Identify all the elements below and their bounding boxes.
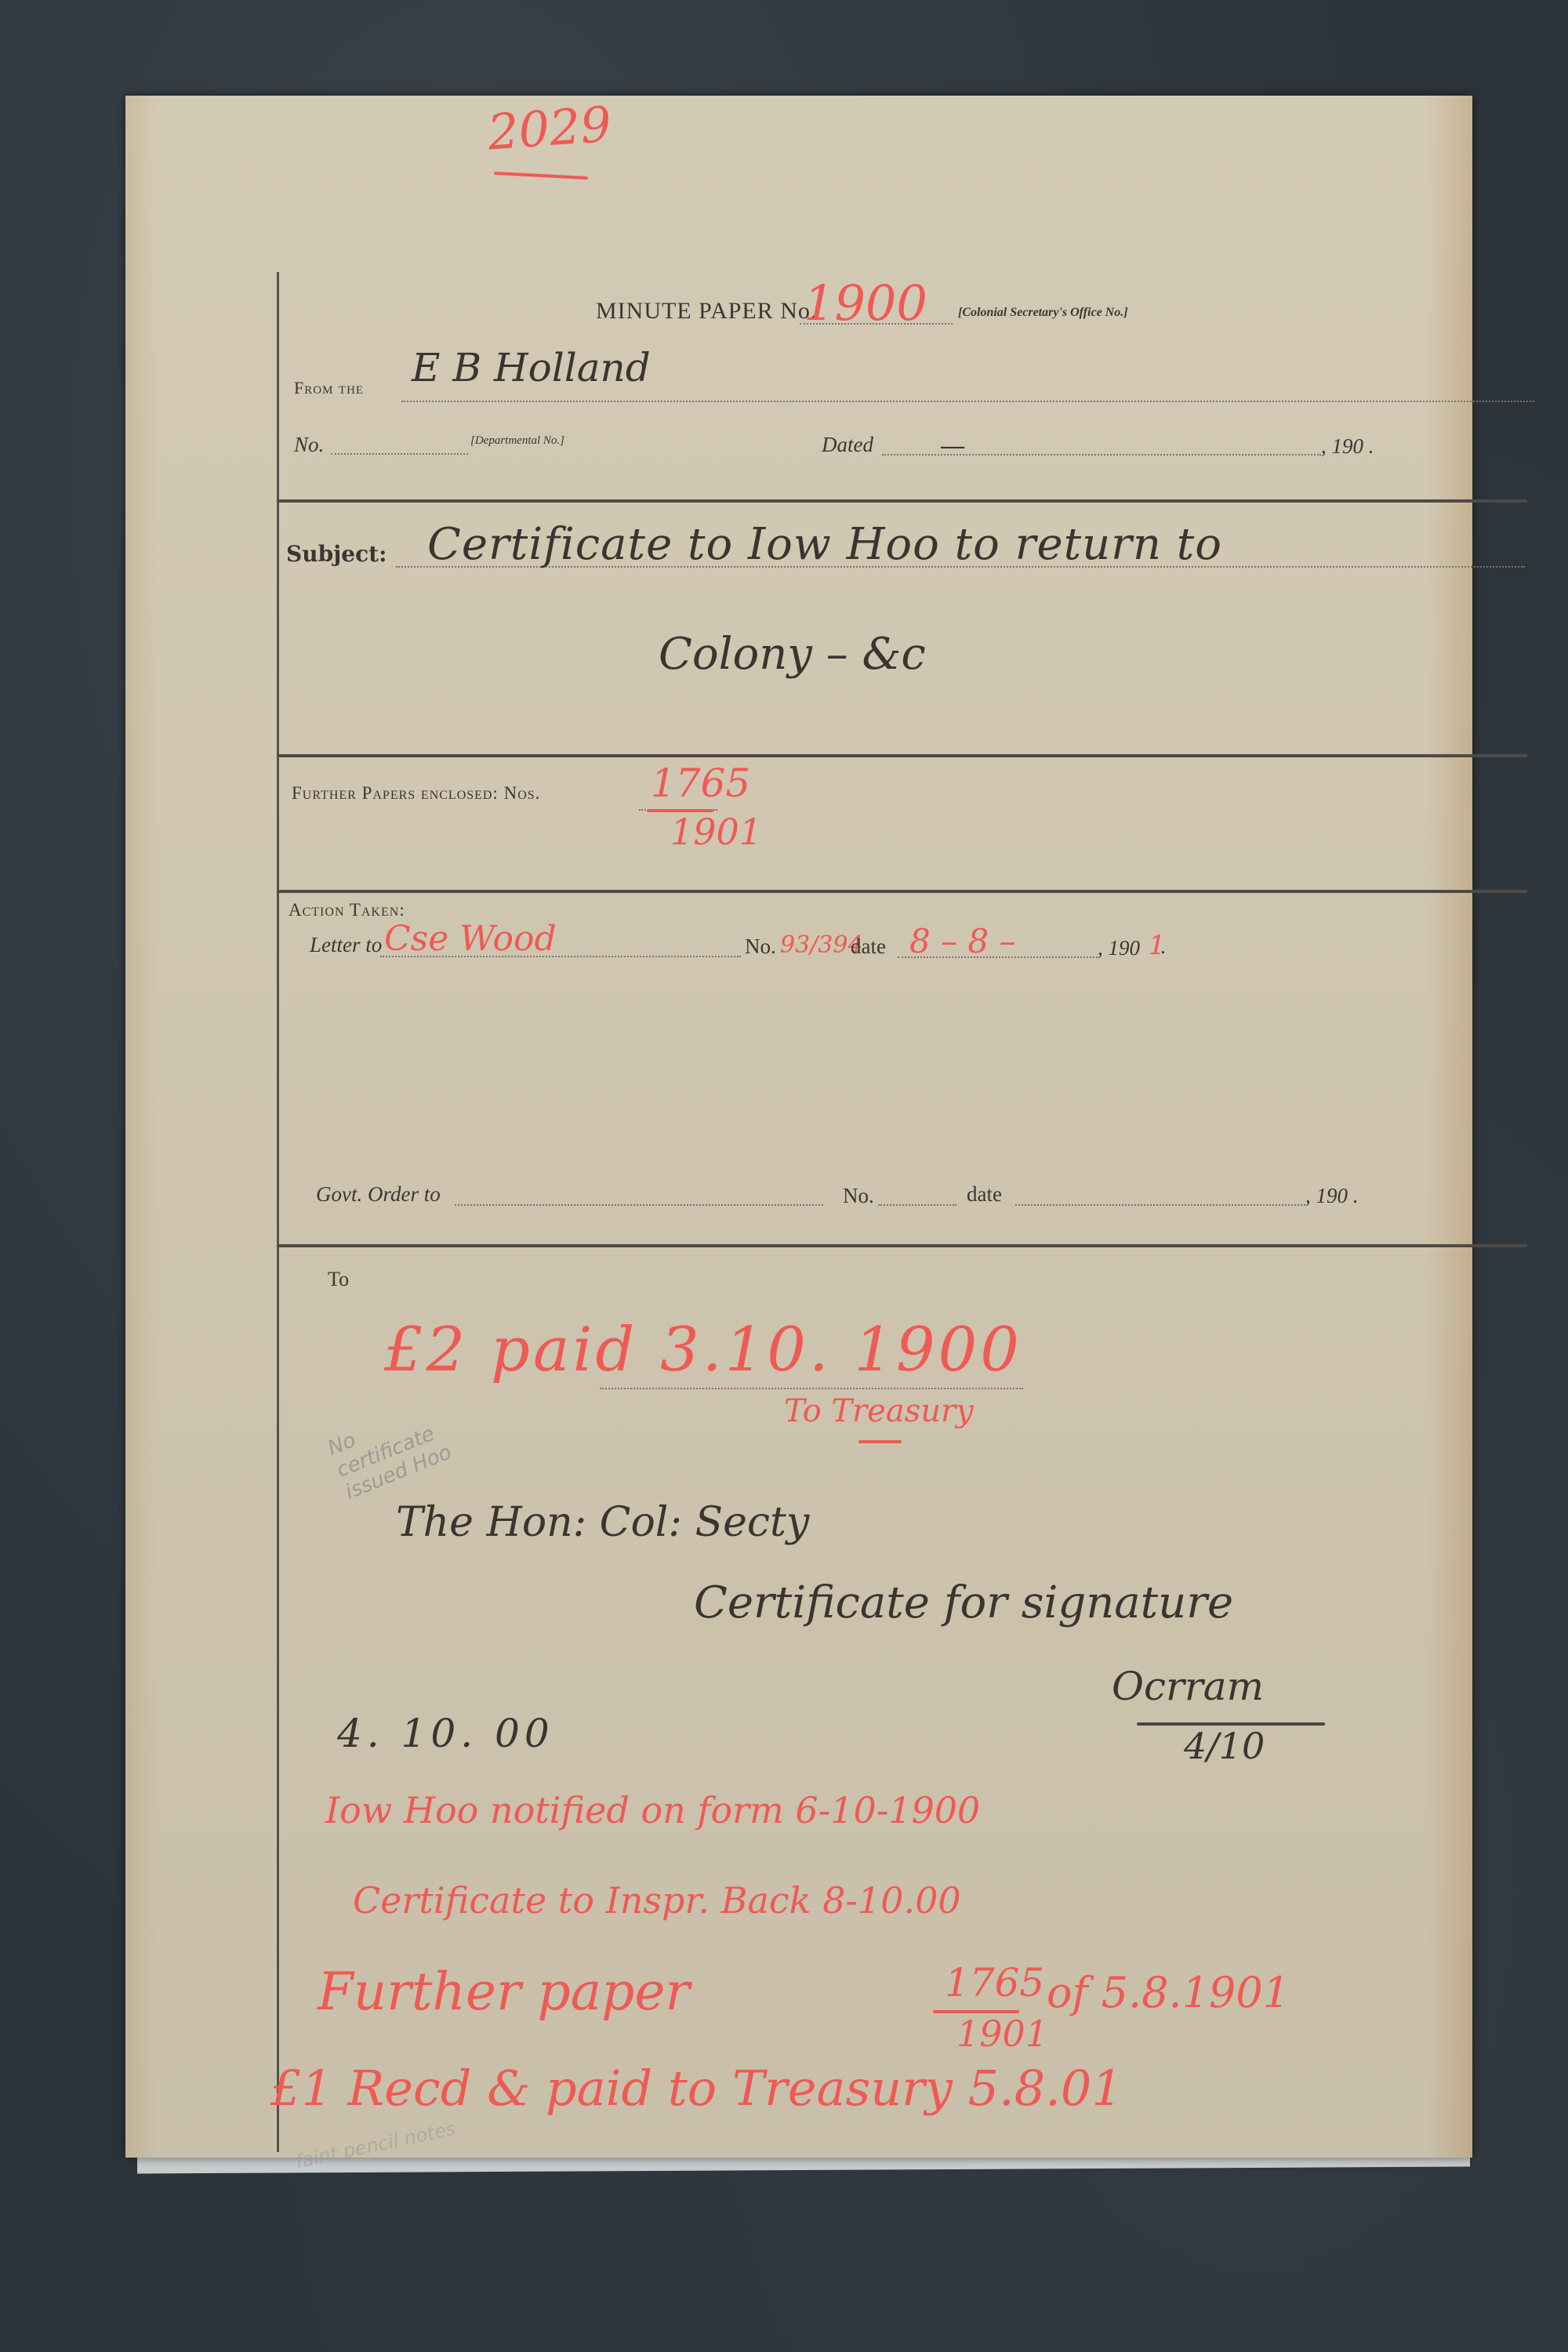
paid-sub-treasury: To Treasury [784,1393,974,1429]
from-dotted-line [401,401,1534,402]
letter-to-label: Letter to [310,933,382,957]
section-rule-2 [277,754,1527,757]
red-note-certificate-back: Certificate to Inspr. Back 8-10.00 [353,1879,961,1922]
department-no-label: No. [294,433,324,457]
govt-date-label: date [967,1182,1002,1207]
date-4-10-00: 4. 10. 00 [337,1711,554,1756]
minute-number-top: 2029 [486,96,614,162]
red-note-iow-hoo-notified: Iow Hoo notified on form 6-10-1900 [325,1789,980,1831]
subject-line-1: Certificate to Iow Hoo to return to [427,519,1222,570]
left-margin-rule [277,272,279,2152]
letter-no-label: No. [745,935,776,959]
subject-label: Subject: [286,541,387,567]
govt-no-dotted-line [878,1204,956,1206]
further-papers-bottom: 1901 [670,811,762,853]
section-rule-4 [277,1244,1527,1247]
red-note-further-paper-frac-bottom: 1901 [956,2013,1048,2055]
minute-number-bottom: 1900 [804,274,927,332]
red-note-further-paper-frac-top: 1765 [945,1960,1044,2005]
letter-date-label: date [851,935,886,959]
from-name: E B Holland [412,345,651,390]
further-papers-top: 1765 [651,760,750,806]
govt-year: , 190 . [1305,1184,1359,1208]
addressee: The Hon: Col: Secty [396,1499,809,1546]
department-no-note: [Departmental No.] [470,434,564,448]
red-note-further-paper: Further paper [318,1962,690,2022]
govt-date-dotted-line [1015,1204,1305,1206]
letter-year-period: . [1160,935,1166,959]
minute-paper-document: 2029 MINUTE PAPER No. 1900 [Colonial Sec… [125,96,1472,2158]
govt-order-label: Govt. Order to [316,1182,441,1207]
red-note-recd-paid-treasury: £1 Recd & paid to Treasury 5.8.01 [270,2060,1123,2117]
letter-to-value: Cse Wood [384,919,557,959]
subject-line-2: Colony – &c [659,629,926,680]
letter-date-value: 8 – 8 – [909,922,1016,960]
signature: Ocrram [1112,1664,1264,1709]
red-note-further-paper-date: of 5.8.1901 [1047,1968,1290,2017]
action-taken-label: Action Taken: [289,900,405,920]
minute-number-fraction-bar [494,172,588,180]
to-dotted-line [600,1388,1023,1389]
letter-year-prefix: , 190 [1098,936,1140,960]
office-number-note: [Colonial Secretary's Office No.] [958,306,1128,320]
signature-sub: 4/10 [1184,1725,1265,1767]
certificate-for-signature: Certificate for signature [694,1577,1233,1628]
govt-order-dotted-line [455,1204,823,1206]
to-label: To [328,1268,349,1291]
further-papers-label: Further Papers enclosed: Nos. [292,783,540,804]
dated-year: , 190 . [1321,434,1374,459]
dated-label: Dated [822,433,873,457]
paid-line: £2 paid 3.10. 1900 [384,1315,1022,1385]
section-rule-1 [277,499,1527,503]
department-no-dotted-line [331,453,468,455]
section-rule-3 [277,890,1527,893]
from-label: From the [294,378,364,398]
pencil-margin-note: No certificate issued Hoo [325,1392,467,1504]
minute-paper-title: MINUTE PAPER No. [596,298,817,325]
dated-value: — [941,433,964,459]
paid-sub-underline [858,1440,902,1443]
govt-no-label: No. [843,1184,874,1208]
